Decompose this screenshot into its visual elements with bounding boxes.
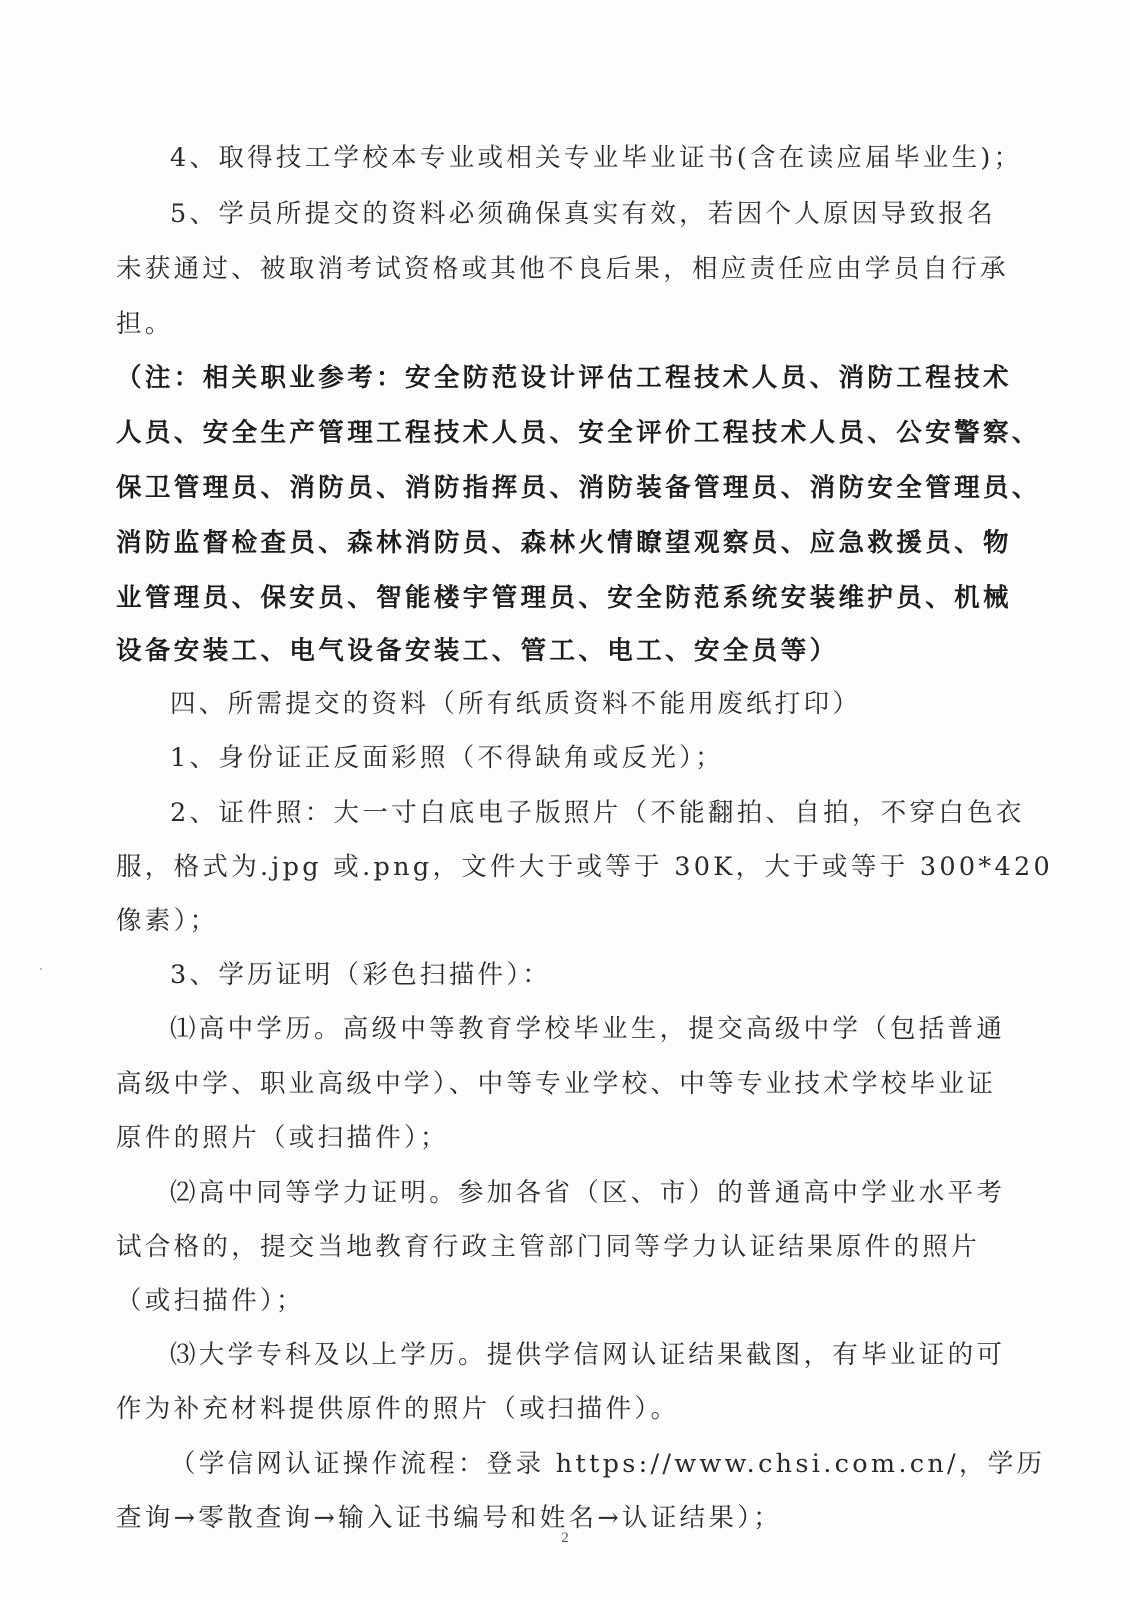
material-item-2: 2、证件照：大一寸白底电子版照片（不能翻拍、自拍，不穿白色衣	[170, 795, 1070, 831]
paragraph-line: （或扫描件）；	[116, 1283, 1016, 1319]
requirement-item-5: 5、学员所提交的资料必须确保真实有效，若因个人原因导致报名	[170, 196, 1070, 232]
page-number: 2	[0, 1530, 1130, 1547]
section-heading: 四、所需提交的资料（所有纸质资料不能用废纸打印）	[170, 686, 1070, 722]
paragraph-line: 担。	[116, 306, 1016, 342]
paragraph-line: 服，格式为.jpg 或.png，文件大于或等于 30K，大于或等于 300*42…	[116, 849, 1016, 885]
paragraph-line: 像素）；	[116, 903, 1016, 939]
paragraph-line: 未获通过、被取消考试资格或其他不良后果，相应责任应由学员自行承	[116, 251, 1016, 287]
note-line: 保卫管理员、消防员、消防指挥员、消防装备管理员、消防安全管理员、	[116, 470, 1016, 506]
requirement-item-4: 4、取得技工学校本专业或相关专业毕业证书(含在读应届毕业生)；	[170, 140, 1070, 176]
procedure-note: （学信网认证操作流程：登录 https://www.chsi.com.cn/，学…	[170, 1446, 1070, 1482]
sub-item-3: ⑶大学专科及以上学历。提供学信网认证结果截图，有毕业证的可	[170, 1337, 1070, 1373]
paragraph-line: 作为补充材料提供原件的照片（或扫描件）。	[116, 1391, 1016, 1427]
scan-speck	[40, 968, 42, 970]
note-line: 设备安装工、电气设备安装工、管工、电工、安全员等）	[116, 633, 1016, 669]
material-item-3: 3、学历证明（彩色扫描件）：	[170, 957, 1070, 993]
paragraph-line: 高级中学、职业高级中学）、中等专业学校、中等专业技术学校毕业证	[116, 1066, 1016, 1102]
paragraph-line: 试合格的，提交当地教育行政主管部门同等学力认证结果原件的照片	[116, 1229, 1016, 1265]
note-line: 业管理员、保安员、智能楼宇管理员、安全防范系统安装维护员、机械	[116, 580, 1016, 616]
material-item-1: 1、身份证正反面彩照（不得缺角或反光）；	[170, 740, 1070, 776]
note-line: 消防监督检查员、森林消防员、森林火情瞭望观察员、应急救援员、物	[116, 525, 1016, 561]
sub-item-2: ⑵高中同等学力证明。参加各省（区、市）的普通高中学业水平考	[170, 1175, 1070, 1211]
document-page: 4、取得技工学校本专业或相关专业毕业证书(含在读应届毕业生)； 5、学员所提交的…	[0, 0, 1130, 1600]
paragraph-line: 原件的照片（或扫描件）；	[116, 1120, 1016, 1156]
note-line: （注：相关职业参考：安全防范设计评估工程技术人员、消防工程技术	[116, 360, 1016, 396]
sub-item-1: ⑴高中学历。高级中等教育学校毕业生，提交高级中学（包括普通	[170, 1011, 1070, 1047]
note-line: 人员、安全生产管理工程技术人员、安全评价工程技术人员、公安警察、	[116, 415, 1016, 451]
